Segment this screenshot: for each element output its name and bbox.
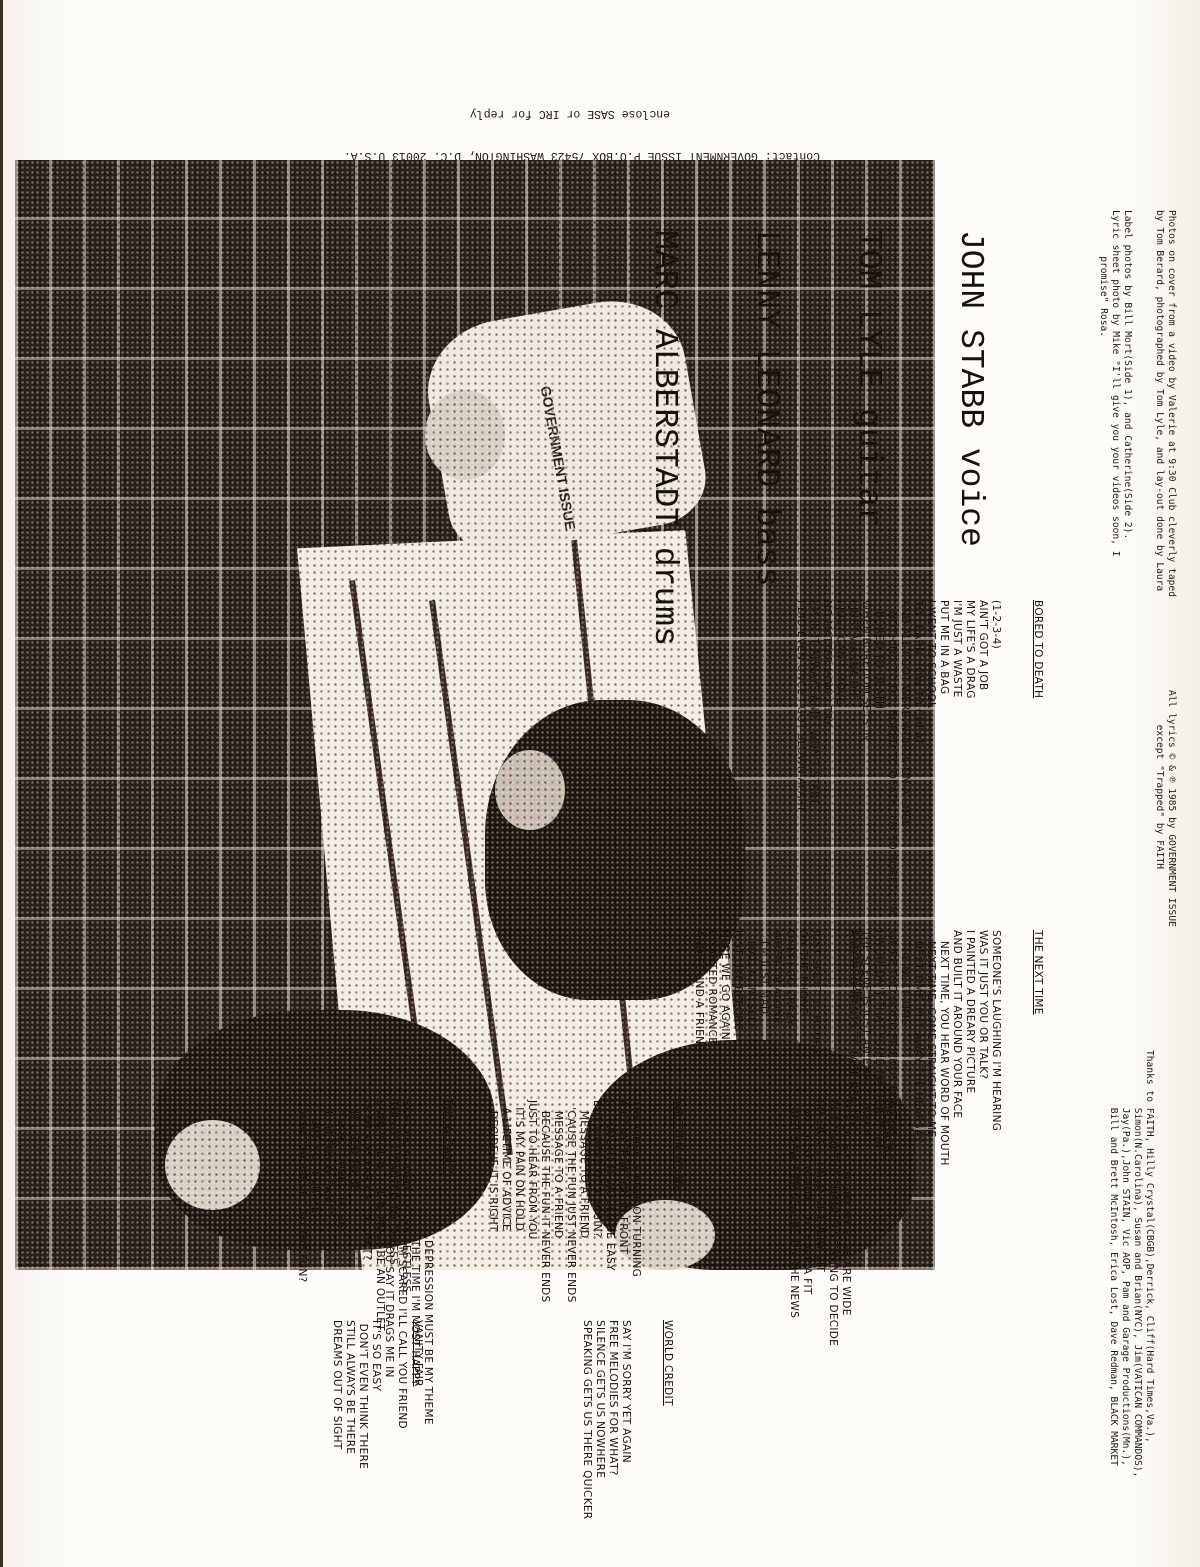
lyric-line: BUT NOT FOR ME <box>308 1100 321 1331</box>
lyric-line: JUST TO HEAR FROM YOU <box>525 1100 538 1303</box>
lyric-line: I PAINTED A DREARY PICTURE <box>963 930 976 1166</box>
lyric-line: AND ALL I GOT WERE WORDS ON A SHEET <box>898 600 911 916</box>
lyric-line: I'M SICK & TIRED OF EVERY BIT <box>813 1100 826 1346</box>
song-title: WORLD CREDIT <box>661 1320 674 1519</box>
lyric-line: NEXT TIME, YOU HEAR WORD OF MOUTH <box>937 930 950 1166</box>
page-edge <box>0 0 3 1567</box>
lyric-line: MAD AT MYSELF <box>744 930 757 1055</box>
lyric-line: NOTHING TO DO, BORED TO DEATH, I'M SO BO… <box>885 600 898 916</box>
lyric-line: IT'S LATE AT NIGHT MY EYES ARE WIDE <box>839 1100 852 1346</box>
song-lines: IT'S SO EASY DON'T EVEN THINK THERESTILL… <box>330 1320 382 1469</box>
lyric-line: I JUST WANNA DIE <box>846 600 859 916</box>
member-row: MARC ALBERSTADT drums <box>647 230 681 646</box>
lyric-line: FLIPPING THE CHANNELS TRYING TO DECIDE <box>826 1100 839 1346</box>
lyric-line: (1-2-3-4) <box>989 600 1002 916</box>
song-bored-to-death: BORED TO DEATH (1-2-3-4)AIN'T GOT A JOBM… <box>768 600 1070 916</box>
song-title: THE NEXT TIME <box>1031 930 1044 1166</box>
member-role: voice <box>952 448 989 547</box>
lyric-line: I'M IN IT ALWAYS AND I WON'T START <box>807 600 820 916</box>
lyric-line: AND JUST WANTED TO HAVE A FIT <box>800 1100 813 1346</box>
band-members: JOHN STABB voice TOM LYLE guitar LENNY L… <box>579 230 1055 646</box>
lyric-line: WHAT HAPPENED TO THE FUN? <box>295 1100 308 1331</box>
lyric-line: MESSAGE TO A FRIEND <box>577 1100 590 1303</box>
lyric-line: BORED TO DEATH <box>872 600 885 916</box>
lyric-line: BUT WHERE DO I BEGIN? <box>590 1100 603 1303</box>
song-title: BORED TO DEATH <box>1031 600 1044 916</box>
song-lines: IT'S LATE AT NIGHT MY EYES ARE WIDEFLIPP… <box>787 1100 852 1346</box>
member-name: TOM LYLE <box>850 230 887 388</box>
lyric-line: WHEN I'M ALONE <box>770 930 783 1055</box>
lyric-line: JUST LIKE BEFORE <box>731 930 744 1055</box>
lyric-line: I'M JUST MAD <box>757 930 770 1055</box>
lyric-line: THE WHEELS KEEP ON TURNING <box>629 1100 642 1303</box>
song-title: MASSACRE <box>881 1100 894 1346</box>
thanks-list: Thanks to FAITH, Hilly Crystal(CBGB),Der… <box>1107 1050 1155 1477</box>
song-pig-at-rydia: PIG AT RYDIA JUST SPENT 20 HOURSON THE P… <box>666 930 890 1055</box>
lyric-line: I THOUGHT IT WOULD BE EASY <box>603 1100 616 1303</box>
member-row: LENNY LEONARD bass <box>749 230 783 646</box>
lyric-line: JUST FUN & GAMES <box>321 1100 334 1331</box>
lyric-line: FREE MELODIES FOR WHAT? <box>606 1320 619 1519</box>
lyric-line: I WENT TO SCHOOL <box>924 600 937 916</box>
song-lines: (1-2-3-4)AIN'T GOT A JOBMY LIFE'S A DRAG… <box>794 600 1002 916</box>
song-world-credit: WORLD CREDIT SAY I'M SORRY YET AGAINFREE… <box>554 1320 700 1519</box>
lyric-line: STILL ALWAYS BE THERE <box>343 1320 356 1469</box>
lyric-line: A LIFETIME OF ADVICE <box>499 1100 512 1303</box>
member-row: TOM LYLE guitar <box>851 230 885 646</box>
lyric-line: SILENCE GETS US NOWHERE <box>593 1320 606 1519</box>
member-name: MARC ALBERSTADT <box>646 230 683 527</box>
lyric-line: MY LIFE'S A DRAG <box>963 600 976 916</box>
cover-photo-credits: Photos on cover from a video by Valerie … <box>1153 210 1177 597</box>
member-role: bass <box>748 507 785 586</box>
lyric-line: DECIDE IF IT IS RIGHT <box>486 1100 499 1303</box>
lyric-line: MESSAGE TO A FRIEND <box>551 1100 564 1303</box>
song-lines: SAY I'M SORRY YET AGAINFREE MELODIES FOR… <box>580 1320 632 1519</box>
song-lines: JUST SPENT 20 HOURSON THE PHONEONLY I GO… <box>692 930 822 1055</box>
lyric-line: DON'T EVEN THINK THERE <box>356 1320 369 1469</box>
lyric-line: DREAMS OUT OF SIGHT <box>330 1320 343 1469</box>
lyric-line: JUST SAW A MASSACRE ON THE NEWS <box>787 1100 800 1346</box>
lyric-line: ON THE PHONE <box>796 930 809 1055</box>
lyric-line: HERE WE GO AGAIN <box>718 930 731 1055</box>
lyric-line: I WANTED ROMANCE <box>705 930 718 1055</box>
lyric-line: SOMEONE'S LAUGHING I'M HEARING <box>989 930 1002 1166</box>
lyric-line: AND BUILT IT AROUND YOUR FACE <box>950 930 963 1166</box>
lyric-line: YEAH, IT USED TO BE <box>334 1100 347 1331</box>
member-name: JOHN STABB <box>952 230 989 428</box>
lyric-line: AIN'T GOT A JOB <box>976 600 989 916</box>
lyric-line: NEXT TIME, COME STRAIGHT TO ME <box>924 930 937 1166</box>
song-title: PIG AT RYDIA <box>851 930 864 1055</box>
member-row: JOHN STABB voice <box>953 230 987 646</box>
lyric-line: TO LEARN HOW TO CHEAT <box>911 600 924 916</box>
contact-line-2: enclose SASE or IRC for reply <box>320 106 820 120</box>
lyric-line: NO MATTER HOW I TRY <box>820 600 833 916</box>
lyric-line: IT'S SO EASY <box>369 1320 382 1469</box>
member-role: guitar <box>850 408 887 527</box>
lyric-line: WHEN BOREDOM SETS IN <box>859 600 872 916</box>
lyric-line: BECAUSE THE FUN IT NEVER ENDS <box>538 1100 551 1303</box>
member-name: LENNY LEONARD <box>748 230 785 487</box>
lyric-line: JUST SPENT 20 HOURS <box>809 930 822 1055</box>
lyric-line: SAY I'M SORRY YET AGAIN <box>619 1320 632 1519</box>
lyric-line: SPEAKING GETS US THERE QUICKER <box>580 1320 593 1519</box>
lyric-line: I'M JUST A WASTE <box>950 600 963 916</box>
lyric-line: IT'S MY PAIN ON HOLD <box>512 1100 525 1303</box>
song-title: VANITY FAIR <box>411 1320 424 1469</box>
lyrics-section: BORED TO DEATH (1-2-3-4)AIN'T GOT A JOBM… <box>190 600 1070 1560</box>
lyric-line: I JUST CAN'T MOVE <box>833 600 846 916</box>
lyric-line: PUT ME IN A BAG <box>937 600 950 916</box>
song-vanity-fair: VANITY FAIR IT'S SO EASY DON'T EVEN THIN… <box>304 1320 450 1469</box>
song-lines: THE WHEELS KEEP ON TURNINGA CONVERSATION… <box>486 1100 642 1303</box>
song-title: WRITTEN WORD <box>671 1100 684 1303</box>
lyric-line: WAS IT JUST YOU OR TALK? <box>976 930 989 1166</box>
copyright-notice: All lyrics © & ℗ 1985 by GOVERNMENT ISSU… <box>1153 690 1177 927</box>
lyric-line: I DID EVEN ONCE I GOT BLOWN APART <box>794 600 807 916</box>
lyric-line: 'CAUSE THE FUN JUST NEVER ENDS <box>564 1100 577 1303</box>
label-photo-credits: Label photos by Bill Mort(Side 1), and C… <box>1097 210 1133 557</box>
song-massacre: MASSACRE IT'S LATE AT NIGHT MY EYES ARE … <box>761 1100 920 1346</box>
lyric-line: AND FOUND A FRIEND <box>692 930 705 1055</box>
song-written-word: WRITTEN WORD THE WHEELS KEEP ON TURNINGA… <box>460 1100 710 1303</box>
lyric-line: ONLY I GO CRAZY <box>783 930 796 1055</box>
lyric-line: A CONVERSATION IN FRONT <box>616 1100 629 1303</box>
